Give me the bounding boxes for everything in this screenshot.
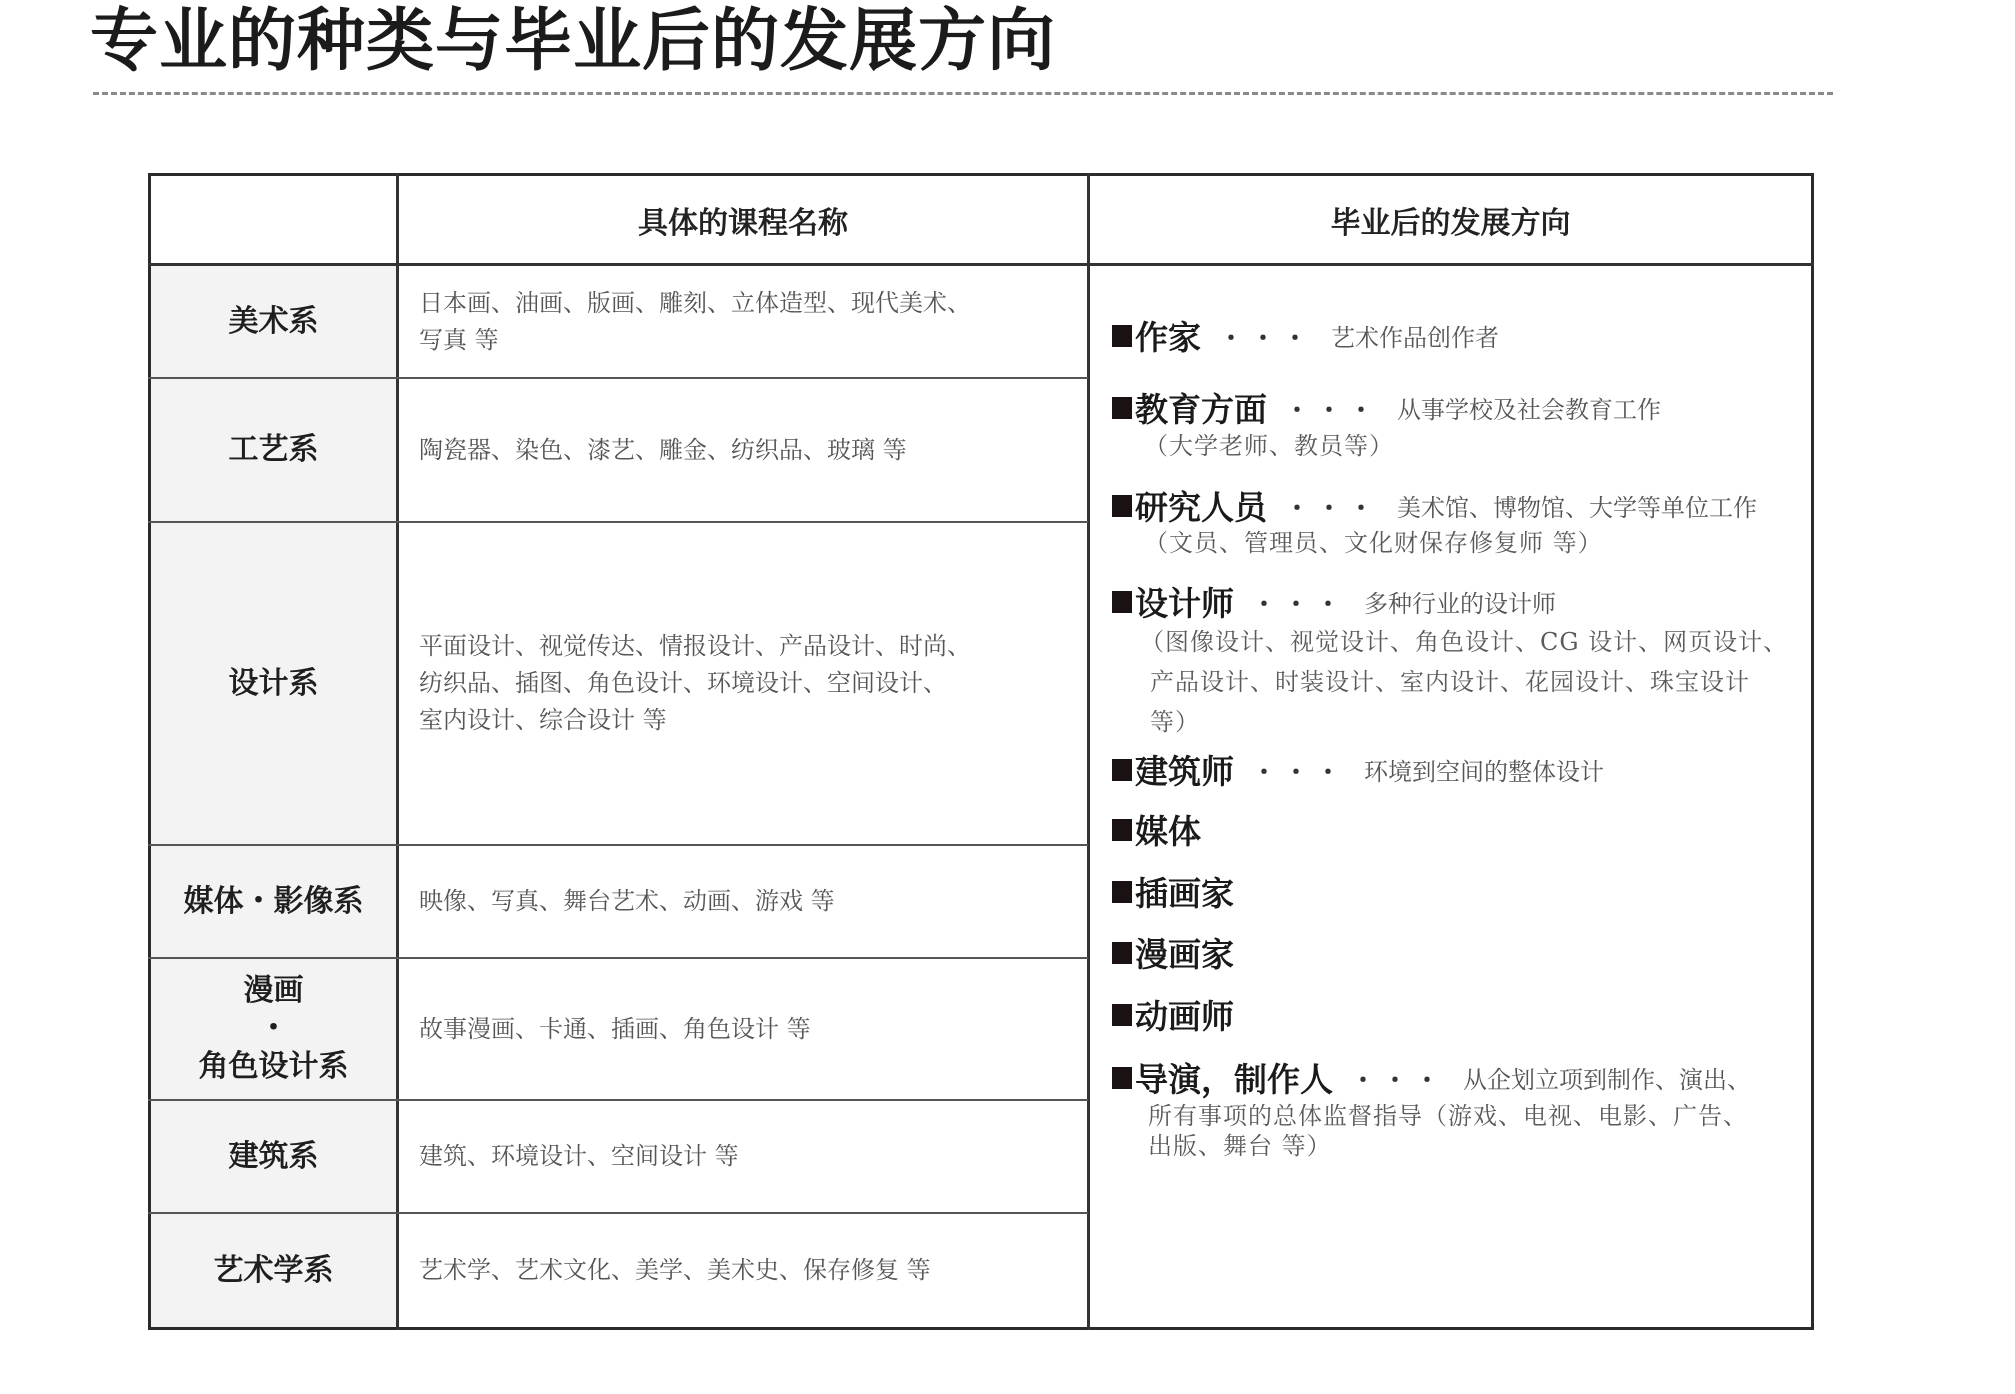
courses-manga: 故事漫画、卡通、插画、角色设计 等 (399, 959, 1087, 1099)
courses-art-studies: 艺术学、艺术文化、美学、美术史、保存修复 等 (399, 1214, 1087, 1327)
courses-crafts: 陶瓷器、染色、漆艺、雕金、纺织品、玻璃 等 (399, 379, 1087, 521)
course-line: 映像、写真、舞台艺术、动画、游戏 等 (419, 883, 835, 920)
destination-writer: 作家 ・・・ 艺术作品创作者 (1112, 312, 1499, 359)
course-line: 陶瓷器、染色、漆艺、雕金、纺织品、玻璃 等 (419, 432, 907, 469)
square-bullet-icon (1112, 1067, 1132, 1089)
destination-desc: 艺术作品创作者 (1331, 318, 1499, 353)
destination-sub: 出版、舞台 等） (1148, 1126, 1332, 1161)
destination-title: 研究人员 (1135, 482, 1267, 529)
square-bullet-icon (1112, 495, 1132, 517)
destination-title: 教育方面 (1135, 384, 1267, 431)
course-line: 平面设计、视觉传达、情报设计、产品设计、时尚、 (419, 628, 971, 665)
department-name: 设计系 (229, 665, 319, 703)
courses-fine-arts: 日本画、油画、版画、雕刻、立体造型、现代美术、 写真 等 (399, 266, 1087, 377)
department-label-manga: 漫画 ・ 角色设计系 (151, 959, 396, 1099)
destinations-list: 作家 ・・・ 艺术作品创作者 教育方面 ・・・ 从事学校及社会教育工作 （大学老… (1112, 0, 1812, 1394)
course-line: 艺术学、艺术文化、美学、美术史、保存修复 等 (419, 1252, 931, 1289)
header-courses: 具体的课程名称 (399, 176, 1087, 263)
courses-design: 平面设计、视觉传达、情报设计、产品设计、时尚、 纺织品、插图、角色设计、环境设计… (399, 523, 1087, 844)
destination-title: 漫画家 (1135, 929, 1234, 976)
destination-sub: （文员、管理员、文化财保存修复师 等） (1144, 523, 1603, 558)
destination-desc: 从事学校及社会教育工作 (1397, 390, 1661, 425)
destination-title: 媒体 (1135, 806, 1201, 853)
department-name-line: 角色设计系 (199, 1048, 349, 1086)
department-name: 媒体・影像系 (184, 883, 364, 921)
column-divider-2 (1087, 173, 1090, 1330)
destination-desc: 多种行业的设计师 (1364, 584, 1556, 619)
page-title: 专业的种类与毕业后的发展方向 (90, 2, 1056, 82)
destination-title: 导演，制作人 (1135, 1054, 1333, 1101)
department-name: 建筑系 (229, 1138, 319, 1176)
square-bullet-icon (1112, 759, 1132, 781)
destination-desc: 从企划立项到制作、演出、 (1463, 1060, 1751, 1095)
destination-designer: 设计师 ・・・ 多种行业的设计师 (1112, 578, 1556, 625)
square-bullet-icon (1112, 397, 1132, 419)
destination-title: 动画师 (1135, 991, 1234, 1038)
courses-architecture: 建筑、环境设计、空间设计 等 (399, 1101, 1087, 1212)
department-label-art-studies: 艺术学系 (151, 1214, 396, 1327)
course-line: 纺织品、插图、角色设计、环境设计、空间设计、 (419, 665, 971, 702)
destination-desc: 环境到空间的整体设计 (1364, 752, 1604, 787)
course-line: 建筑、环境设计、空间设计 等 (419, 1138, 739, 1175)
department-label-fine-arts: 美术系 (151, 266, 396, 377)
destination-sub: 产品设计、时装设计、室内设计、花园设计、珠宝设计 (1150, 662, 1750, 697)
course-line: 室内设计、综合设计 等 (419, 702, 971, 739)
destination-title: 插画家 (1135, 868, 1234, 915)
square-bullet-icon (1112, 325, 1132, 347)
square-bullet-icon (1112, 881, 1132, 903)
destination-title: 作家 (1135, 312, 1201, 359)
square-bullet-icon (1112, 819, 1132, 841)
destination-animator: 动画师 (1112, 991, 1234, 1038)
department-name: 艺术学系 (214, 1252, 334, 1290)
destination-title: 建筑师 (1135, 746, 1234, 793)
course-line: 日本画、油画、版画、雕刻、立体造型、现代美术、 (419, 285, 971, 322)
destination-architect: 建筑师 ・・・ 环境到空间的整体设计 (1112, 746, 1604, 793)
header-corner (151, 176, 396, 263)
dots-separator: ・・・ (1252, 584, 1348, 619)
dots-separator: ・・・ (1285, 488, 1381, 523)
square-bullet-icon (1112, 942, 1132, 964)
department-label-design: 设计系 (151, 523, 396, 844)
department-name: 工艺系 (229, 431, 319, 469)
department-label-architecture: 建筑系 (151, 1101, 396, 1212)
course-line: 写真 等 (419, 322, 971, 359)
destination-education: 教育方面 ・・・ 从事学校及社会教育工作 (1112, 384, 1661, 431)
department-label-crafts: 工艺系 (151, 379, 396, 521)
dots-separator: ・・・ (1351, 1060, 1447, 1095)
destination-director-producer: 导演，制作人 ・・・ 从企划立项到制作、演出、 (1112, 1054, 1751, 1101)
destination-media: 媒体 (1112, 806, 1201, 853)
destination-sub: （大学老师、教员等） (1144, 426, 1394, 461)
department-name-line: 漫画 (244, 972, 304, 1010)
destination-sub: 等） (1150, 702, 1200, 737)
destination-desc: 美术馆、博物馆、大学等单位工作 (1397, 488, 1757, 523)
department-name: 美术系 (229, 303, 319, 341)
destination-illustrator: 插画家 (1112, 868, 1234, 915)
dots-separator: ・・・ (1252, 752, 1348, 787)
course-line: 故事漫画、卡通、插画、角色设计 等 (419, 1011, 811, 1048)
destination-manga-artist: 漫画家 (1112, 929, 1234, 976)
dots-separator: ・・・ (1285, 390, 1381, 425)
destination-title: 设计师 (1135, 578, 1234, 625)
courses-media: 映像、写真、舞台艺术、动画、游戏 等 (399, 846, 1087, 957)
destination-sub: （图像设计、视觉设计、角色设计、CG 设计、网页设计、 (1140, 622, 1788, 657)
square-bullet-icon (1112, 591, 1132, 613)
destination-researcher: 研究人员 ・・・ 美术馆、博物馆、大学等单位工作 (1112, 482, 1757, 529)
department-name-line: ・ (259, 1010, 289, 1048)
header-courses-label: 具体的课程名称 (638, 198, 848, 242)
department-label-media: 媒体・影像系 (151, 846, 396, 957)
square-bullet-icon (1112, 1004, 1132, 1026)
dots-separator: ・・・ (1219, 318, 1315, 353)
